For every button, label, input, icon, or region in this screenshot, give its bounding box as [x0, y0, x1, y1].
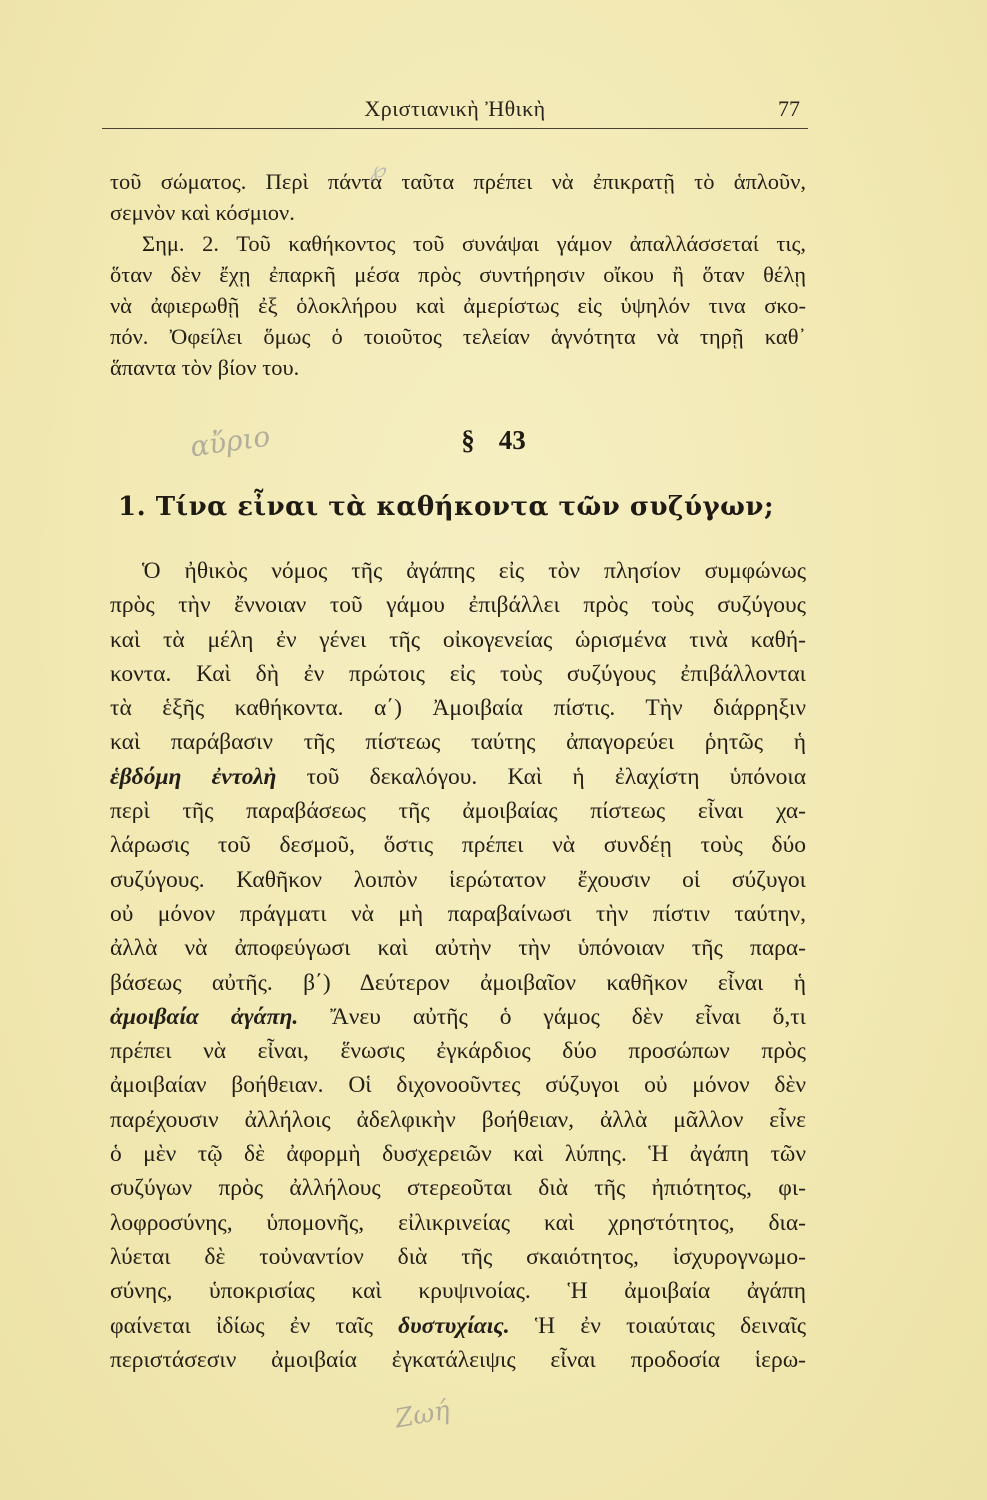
section-heading: §43 — [0, 425, 987, 456]
text-run: τὰ ἑξῆς καθήκοντα. α΄) Ἀμοιβαία πίστις. … — [110, 695, 806, 721]
text-run: κοντα. Καὶ δὴ ἐν πρώτοις εἰς τοὺς συζύγο… — [110, 661, 806, 687]
book-page: Χριστιανικὴ Ἠθικὴ 77 τοῦ σώματος. Περὶ π… — [0, 0, 987, 1500]
text-line: ὁ μὲν τῷ δὲ ἀφορμὴ δυσχερειῶν καὶ λύπης.… — [110, 1137, 806, 1171]
section-number: 43 — [499, 425, 526, 455]
emphasized-term: δυστυχίαις. — [398, 1313, 510, 1339]
pencil-bottom-note: Ζωή — [393, 1395, 452, 1434]
top-paragraph: τοῦ σώματος. Περὶ πάντα ταῦτα πρέπει νὰ … — [110, 166, 806, 383]
text-run: φαίνεται ἰδίως ἐν ταῖς — [110, 1313, 398, 1339]
header-rule — [102, 128, 808, 129]
text-run: καὶ τὰ μέλη ἐν γένει τῆς οἰκογενείας ὡρι… — [110, 627, 806, 653]
text-run: πρὸς τὴν ἔννοιαν τοῦ γάμου ἐπιβάλλει πρὸ… — [110, 592, 806, 618]
text-run: λύεται δὲ τοὐναντίον διὰ τῆς σκαιότητος,… — [110, 1244, 806, 1270]
pencil-mark: ℘ — [370, 158, 385, 183]
main-paragraph: Ὁ ἠθικὸς νόμος τῆς ἀγάπης εἰς τὸν πλησίο… — [110, 554, 806, 1377]
text-run: συζύγους. Καθῆκον λοιπὸν ἱερώτατον ἔχουσ… — [110, 867, 806, 893]
text-line: νὰ ἀφιερωθῇ ἐξ ὁλοκλήρου καὶ ἀμερίστως ε… — [110, 290, 806, 321]
text-line: συζύγους. Καθῆκον λοιπὸν ἱερώτατον ἔχουσ… — [110, 863, 806, 897]
text-run: συζύγων πρὸς ἀλλήλους στερεοῦται διὰ τῆς… — [110, 1175, 806, 1201]
text-line: πρὸς τὴν ἔννοιαν τοῦ γάμου ἐπιβάλλει πρὸ… — [110, 588, 806, 622]
text-line: ὅταν δὲν ἔχῃ ἐπαρκῆ μέσα πρὸς συντήρησιν… — [110, 259, 806, 290]
text-line: οὐ μόνον πράγματι νὰ μὴ παραβαίνωσι τὴν … — [110, 897, 806, 931]
text-line: πρέπει νὰ εἶναι, ἕνωσις ἐγκάρδιος δύο πρ… — [110, 1034, 806, 1068]
text-line: περιστάσεσιν ἀμοιβαία ἐγκατάλειψις εἶναι… — [110, 1343, 806, 1377]
running-title: Χριστιανικὴ Ἠθικὴ — [105, 96, 805, 122]
text-run: ἀλλὰ νὰ ἀποφεύγωσι καὶ αὐτὴν τὴν ὑπόνοια… — [110, 935, 806, 961]
text-line: λοφροσύνης, ὑπομονῆς, εἰλικρινείας καὶ χ… — [110, 1206, 806, 1240]
text-line: τὰ ἑξῆς καθήκοντα. α΄) Ἀμοιβαία πίστις. … — [110, 691, 806, 725]
text-line: ἅπαντα τὸν βίον του. — [110, 352, 806, 383]
text-line: ἑβδόμη ἐντολὴ τοῦ δεκαλόγου. Καὶ ἡ ἐλαχί… — [110, 760, 806, 794]
text-line: Ὁ ἠθικὸς νόμος τῆς ἀγάπης εἰς τὸν πλησίο… — [110, 554, 806, 588]
text-run: ἀμοιβαίαν βοήθειαν. Οἱ διχονοοῦντες σύζυ… — [110, 1072, 806, 1098]
text-line: Σημ. 2. Τοῦ καθήκοντος τοῦ συνάψαι γάμον… — [110, 228, 806, 259]
question-heading: 1. Τίνα εἶναι τὰ καθήκοντα τῶν συζύγων; — [118, 492, 774, 522]
text-line: λάρωσις τοῦ δεσμοῦ, ὅστις πρέπει νὰ συνδ… — [110, 828, 806, 862]
text-run: πρέπει νὰ εἶναι, ἕνωσις ἐγκάρδιος δύο πρ… — [110, 1038, 806, 1064]
text-run: Ἄνευ αὐτῆς ὁ γάμος δὲν εἶναι ὅ,τι — [298, 1004, 806, 1030]
text-run: τοῦ δεκαλόγου. Καὶ ἡ ἐλαχίστη ὑπόνοια — [276, 764, 806, 790]
text-run: περιστάσεσιν ἀμοιβαία ἐγκατάλειψις εἶναι… — [110, 1347, 806, 1373]
text-line: καὶ τὰ μέλη ἐν γένει τῆς οἰκογενείας ὡρι… — [110, 623, 806, 657]
text-run: σύνης, ὑποκρισίας καὶ κρυψινοίας. Ἡ ἀμοι… — [110, 1278, 806, 1304]
text-line: ἀμοιβαίαν βοήθειαν. Οἱ διχονοοῦντες σύζυ… — [110, 1068, 806, 1102]
section-symbol: § — [461, 425, 475, 455]
text-run: λοφροσύνης, ὑπομονῆς, εἰλικρινείας καὶ χ… — [110, 1210, 806, 1236]
text-run: βάσεως αὐτῆς. β΄) Δεύτερον ἀμοιβαῖον καθ… — [110, 970, 806, 996]
text-line: κοντα. Καὶ δὴ ἐν πρώτοις εἰς τοὺς συζύγο… — [110, 657, 806, 691]
text-run: ὁ μὲν τῷ δὲ ἀφορμὴ δυσχερειῶν καὶ λύπης.… — [110, 1141, 806, 1167]
text-line: βάσεως αὐτῆς. β΄) Δεύτερον ἀμοιβαῖον καθ… — [110, 966, 806, 1000]
text-line: φαίνεται ἰδίως ἐν ταῖς δυστυχίαις. Ἡ ἐν … — [110, 1309, 806, 1343]
emphasized-term: ἀμοιβαία ἀγάπη. — [110, 1004, 298, 1030]
text-line: ἀμοιβαία ἀγάπη. Ἄνευ αὐτῆς ὁ γάμος δὲν ε… — [110, 1000, 806, 1034]
text-line: σύνης, ὑποκρισίας καὶ κρυψινοίας. Ἡ ἀμοι… — [110, 1274, 806, 1308]
text-line: συζύγων πρὸς ἀλλήλους στερεοῦται διὰ τῆς… — [110, 1171, 806, 1205]
page-number: 77 — [778, 96, 800, 122]
text-line: τοῦ σώματος. Περὶ πάντα ταῦτα πρέπει νὰ … — [110, 166, 806, 197]
text-line: παρέχουσιν ἀλλήλοις ἀδελφικὴν βοήθειαν, … — [110, 1103, 806, 1137]
text-line: πόν. Ὀφείλει ὅμως ὁ τοιοῦτος τελείαν ἁγν… — [110, 321, 806, 352]
text-line: σεμνὸν καὶ κόσμιον. — [110, 197, 806, 228]
emphasized-term: ἑβδόμη ἐντολὴ — [110, 764, 276, 790]
text-run: Ὁ ἠθικὸς νόμος τῆς ἀγάπης εἰς τὸν πλησίο… — [142, 558, 806, 584]
text-run: λάρωσις τοῦ δεσμοῦ, ὅστις πρέπει νὰ συνδ… — [110, 832, 806, 858]
text-run: περὶ τῆς παραβάσεως τῆς ἀμοιβαίας πίστεω… — [110, 798, 806, 824]
text-line: περὶ τῆς παραβάσεως τῆς ἀμοιβαίας πίστεω… — [110, 794, 806, 828]
text-run: καὶ παράβασιν τῆς πίστεως ταύτης ἀπαγορε… — [110, 729, 806, 755]
text-line: λύεται δὲ τοὐναντίον διὰ τῆς σκαιότητος,… — [110, 1240, 806, 1274]
text-run: Ἡ ἐν τοιαύταις δειναῖς — [510, 1313, 806, 1339]
text-line: ἀλλὰ νὰ ἀποφεύγωσι καὶ αὐτὴν τὴν ὑπόνοια… — [110, 931, 806, 965]
text-line: καὶ παράβασιν τῆς πίστεως ταύτης ἀπαγορε… — [110, 725, 806, 759]
text-run: παρέχουσιν ἀλλήλοις ἀδελφικὴν βοήθειαν, … — [110, 1107, 806, 1133]
text-run: οὐ μόνον πράγματι νὰ μὴ παραβαίνωσι τὴν … — [110, 901, 806, 927]
